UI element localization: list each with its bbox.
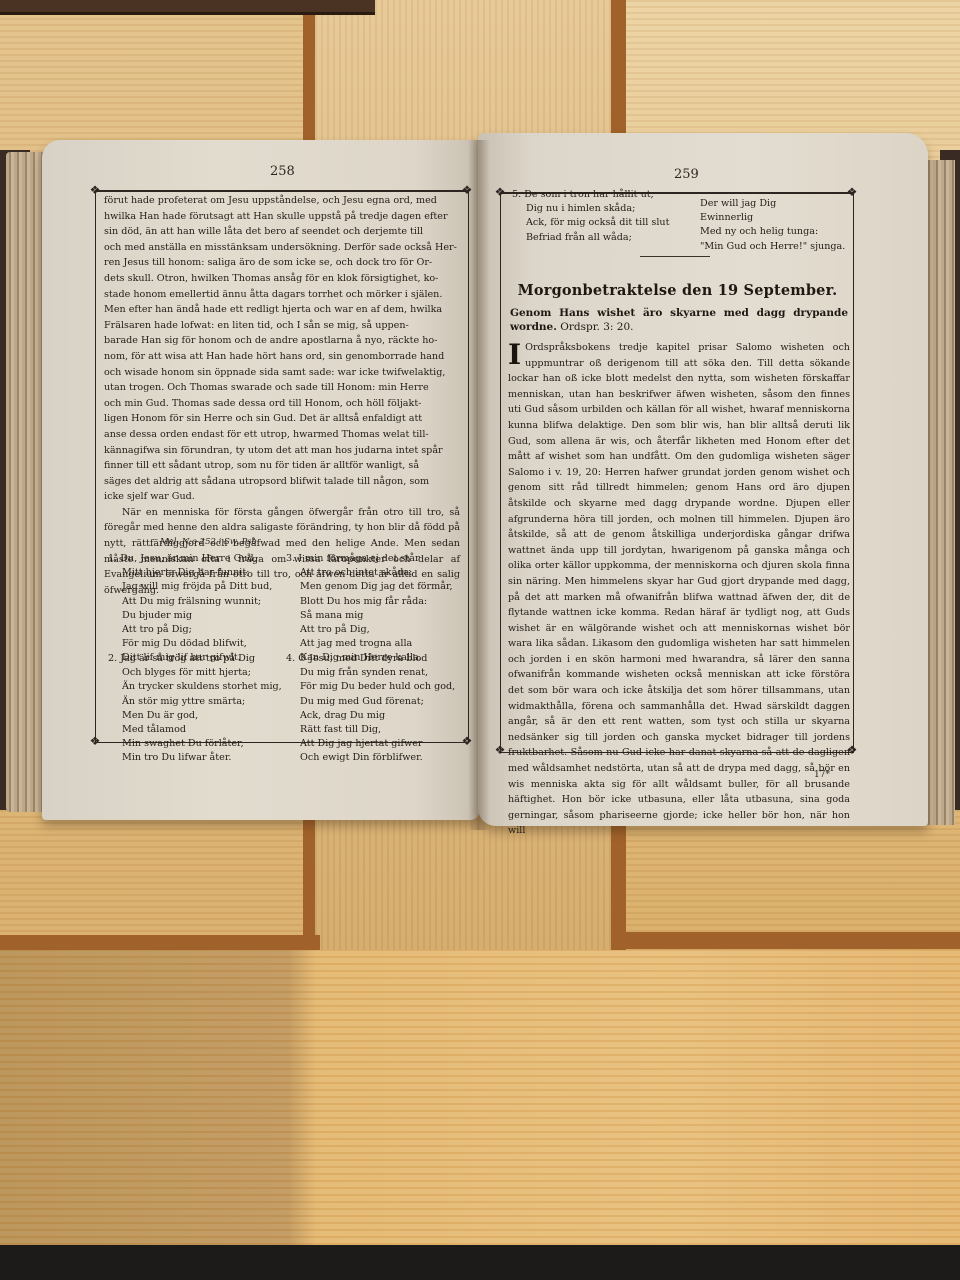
hymn-verse-3: 3. I min förmåga ej det står Att tro och…	[286, 552, 453, 666]
text-line: sin död, än att han wille låta det bero …	[104, 224, 460, 240]
verse-line: Med ny och helig tunga:	[700, 225, 845, 239]
verse-line: För mig Du dödad blifwit,	[108, 637, 272, 651]
table-front-edge	[0, 950, 960, 1245]
verse-line: Du mig med Gud förenat;	[286, 695, 455, 709]
text-line: Frälsaren hade lofwat: en liten tid, och…	[104, 318, 460, 334]
verse-line: Min swaghet Du förlåter,	[108, 737, 282, 751]
hymn-verse-2: 2. Jag är så trög att tro på Dig Och bly…	[108, 652, 282, 766]
ornament-corner-icon: ❖	[494, 744, 506, 756]
verse-line: Ewinnerlig	[700, 211, 845, 225]
wood-inlay-strip	[622, 932, 960, 949]
verse-line: Och ewigt Din förblifwer.	[286, 751, 455, 765]
verse-line: Jag will mig fröjda på Ditt bud,	[108, 580, 272, 594]
ornament-corner-icon: ❖	[89, 735, 101, 747]
verse-line: Att tro och intet skåda:	[286, 566, 453, 580]
verse-line: Befriad från all wåda;	[512, 231, 669, 245]
text-line: kännagifwa sin förundran, ty utom det at…	[104, 443, 460, 459]
page-block-edge-right	[925, 160, 955, 825]
ornament-corner-icon: ❖	[461, 735, 473, 747]
dark-object-top-edge	[0, 0, 375, 15]
verse-line: Att Du mig frälsning wunnit;	[108, 595, 272, 609]
verse-line: Att Dig jag hjertat gifwer	[286, 737, 455, 751]
verse-line: Att tro på Dig;	[108, 623, 272, 637]
verse-line: Men Du är god,	[108, 709, 282, 723]
text-line: Men efter han ändå hade ett redligt hjer…	[104, 302, 460, 318]
verse-line: Ack, drag Du mig	[286, 709, 455, 723]
text-line: dets skull. Otron, hwilken Thomas ansåg …	[104, 271, 460, 287]
verse-line: Rätt fast till Dig,	[286, 723, 455, 737]
drop-cap-initial: I	[508, 342, 521, 368]
dark-floor-strip	[0, 1245, 960, 1280]
book-gutter	[468, 140, 490, 830]
text-line: och wisade honom sin öppnade sida samt s…	[104, 365, 460, 381]
text-line: och med anställa en misstänksam undersök…	[104, 240, 460, 256]
page-number-left: 258	[270, 164, 295, 179]
verse-line: Jag är så trög att tro på Dig	[120, 653, 255, 664]
ornament-corner-icon: ❖	[846, 186, 858, 198]
verse-line: Och blyges för mitt hjerta;	[108, 666, 282, 680]
text-line: hwilka Han hade förutsagt att Han skulle…	[104, 209, 460, 225]
section-divider	[640, 256, 710, 257]
text-line: och min Gud. Thomas sade dessa ord till …	[104, 396, 460, 412]
verse-line: Du, Jesu, är min Herre Gud,	[120, 553, 256, 564]
text-line: stade honom emellertid ännu åtta dagars …	[104, 287, 460, 303]
text-line: nom, för att wisa att Han hade hört hans…	[104, 349, 460, 365]
text-line: barade Han sig för honom och de andre ap…	[104, 333, 460, 349]
verse-line: De som i tron har hållit ut,	[524, 189, 653, 200]
signature-mark: 17*	[814, 770, 830, 780]
verse-line: Mitt hjerta Dig har funnit;	[108, 566, 272, 580]
verse-line: Att tro på Dig,	[286, 623, 453, 637]
text-line: finner till ett sådant utrop, som nu för…	[104, 458, 460, 474]
verse-line: Du mig från synden renat,	[286, 666, 455, 680]
text-line: icke sjelf war Gud.	[104, 489, 460, 505]
text-line: utan trogen. Och Thomas swarade och sade…	[104, 380, 460, 396]
text-line: säges det aldrig att sådana utropsord bl…	[104, 474, 460, 490]
hymn-verse-4: 4. O Jesu, med Ditt dyra blod Du mig frå…	[286, 652, 455, 766]
verse-number: 3.	[286, 553, 295, 564]
text-line: anse dessa orden endast för ett utrop, h…	[104, 427, 460, 443]
text-line: ligen Honom för sin Herre och sin Gud. D…	[104, 411, 460, 427]
verse-line: Än trycker skuldens storhet mig,	[108, 680, 282, 694]
verse-number: 5.	[512, 189, 521, 200]
verse-number: 1.	[108, 553, 117, 564]
hymn-verse-5-part-b: Der will jag Dig Ewinnerlig Med ny och h…	[700, 197, 845, 254]
ornament-corner-icon: ❖	[89, 184, 101, 196]
verse-line: För mig Du beder huld och god,	[286, 680, 455, 694]
verse-number: 2.	[108, 653, 117, 664]
page-number-right: 259	[674, 167, 699, 182]
verse-line: Du bjuder mig	[108, 609, 272, 623]
verse-line: Der will jag Dig	[700, 197, 845, 211]
verse-line: Dig nu i himlen skåda;	[512, 202, 669, 216]
hymn-verse-1: 1. Du, Jesu, är min Herre Gud, Mitt hjer…	[108, 552, 272, 666]
verse-line: Men genom Dig jag det förmår,	[286, 580, 453, 594]
verse-line: Än stör mig yttre smärta;	[108, 695, 282, 709]
devotion-body-text: Ordspråksbokens tredje kapitel prisar Sa…	[508, 342, 850, 836]
ornament-corner-icon: ❖	[494, 186, 506, 198]
verse-line: Med tålamod	[108, 723, 282, 737]
left-page-body: förut hade profeterat om Jesu uppståndel…	[104, 193, 460, 598]
hymn-melody-reference: Mel. N:o 252 i Sw. Psb.	[160, 537, 260, 547]
hymn-verse-5-part-a: 5. De som i tron har hållit ut, Dig nu i…	[512, 188, 669, 245]
ornament-corner-icon: ❖	[461, 184, 473, 196]
verse-line: Blott Du hos mig får råda:	[286, 595, 453, 609]
devotion-motto: Genom Hans wishet äro skyarne med dagg d…	[510, 306, 848, 334]
verse-line: Så mana mig	[286, 609, 453, 623]
verse-number: 4.	[286, 653, 295, 664]
verse-line: Min tro Du lifwar åter.	[108, 751, 282, 765]
verse-line: O Jesu, med Ditt dyra blod	[298, 653, 427, 664]
verse-line: I min förmåga ej det står	[298, 553, 419, 564]
text-line: förut hade profeterat om Jesu uppståndel…	[104, 193, 460, 209]
text-line: ren Jesus till honom: saliga äro de som …	[104, 255, 460, 271]
devotion-heading: Morgonbetraktelse den 19 September.	[505, 282, 850, 299]
verse-line: Ack, för mig också dit till slut	[512, 216, 669, 230]
right-page-body: I Ordspråksbokens tredje kapitel prisar …	[508, 340, 850, 839]
verse-line: Att jag med trogna alla	[286, 637, 453, 651]
motto-reference: Ordspr. 3: 20.	[560, 321, 633, 333]
verse-line: "Min Gud och Herre!" sjunga.	[700, 240, 845, 254]
